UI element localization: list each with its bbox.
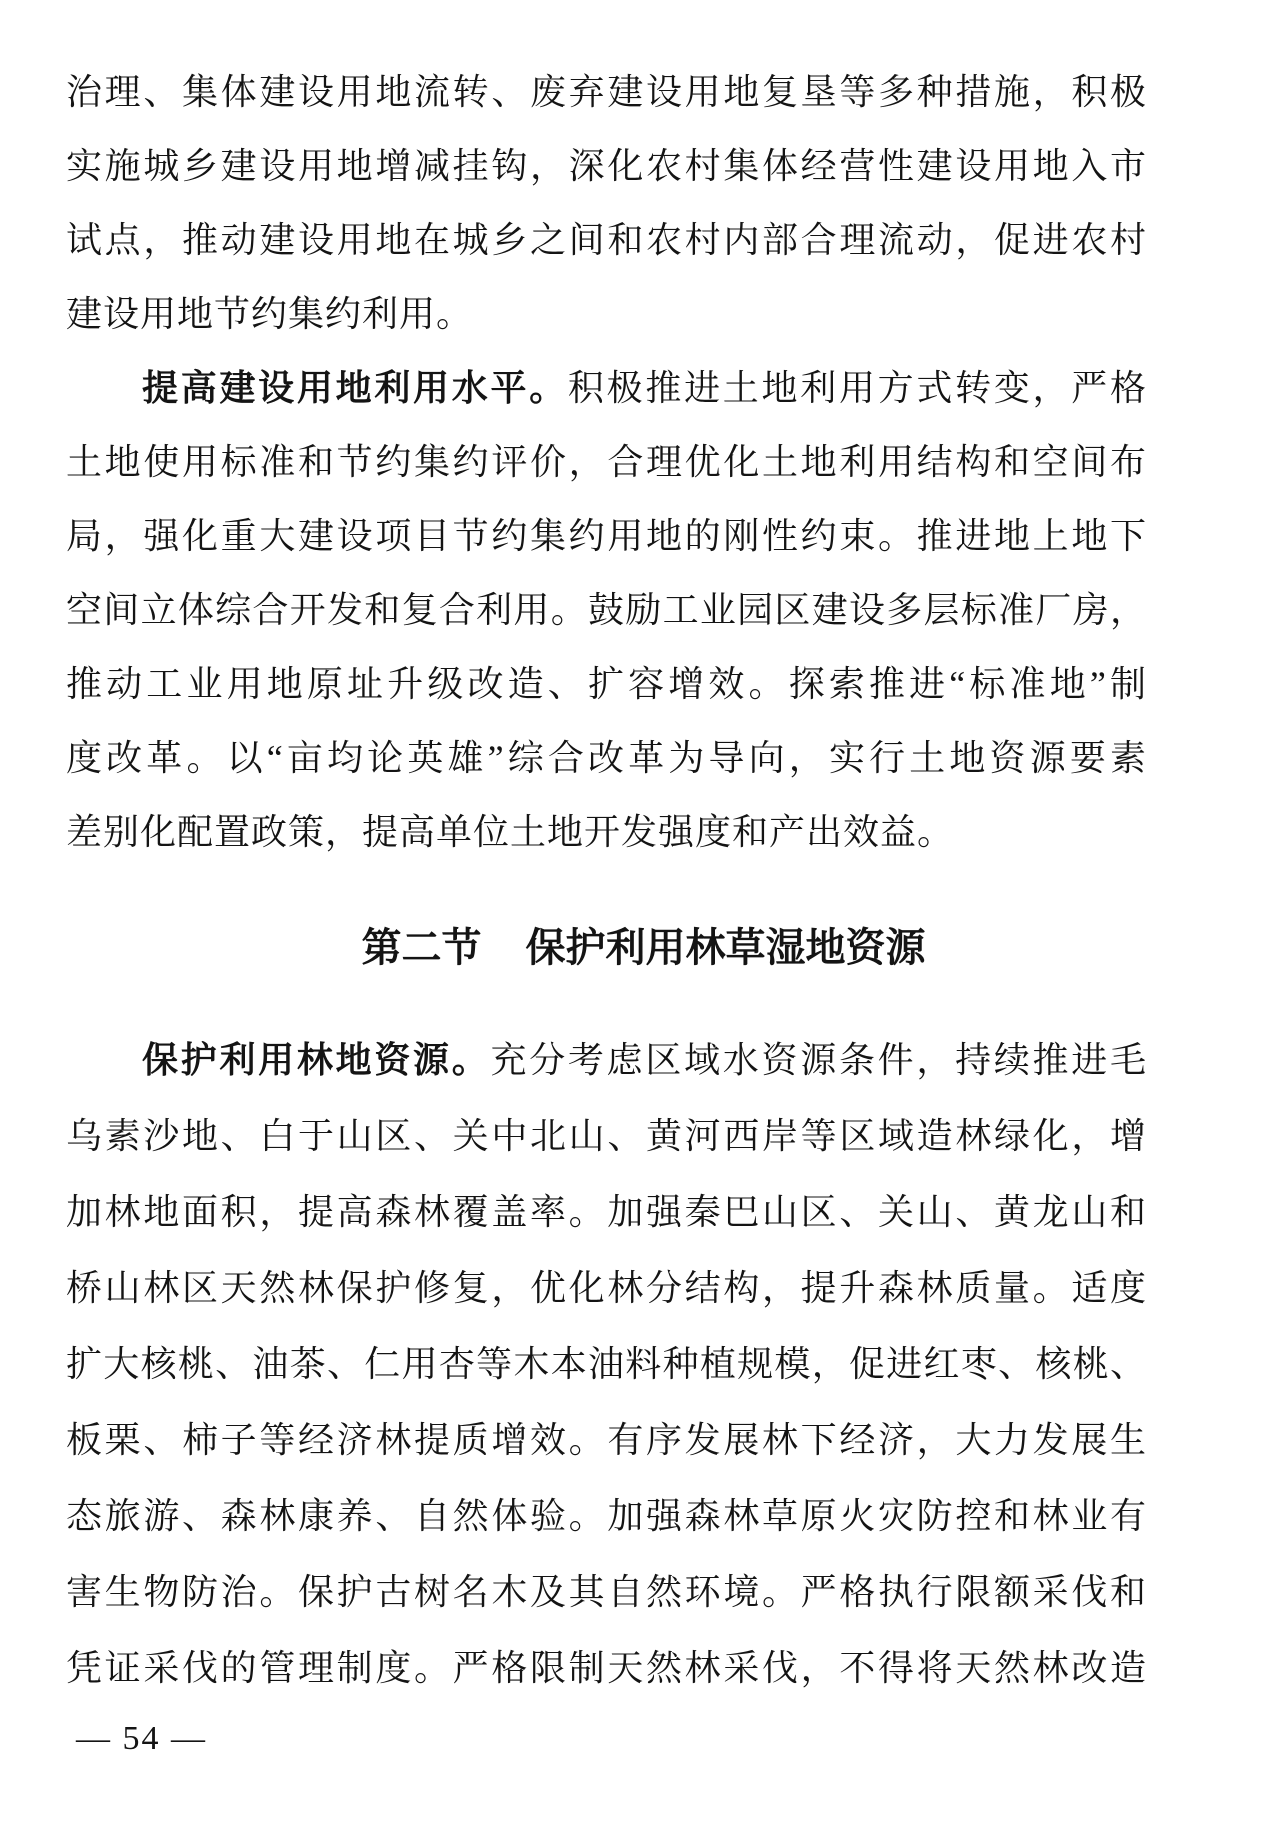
- text-line: 局，强化重大建设项目节约集约用地的刚性约束。推进地上地下: [66, 499, 1147, 573]
- page-number: — 54 —: [76, 1720, 207, 1757]
- text-line: 凭证采伐的管理制度。严格限制天然林采伐，不得将天然林改造: [66, 1630, 1147, 1706]
- text-line: 实施城乡建设用地增减挂钩，深化农村集体经营性建设用地入市: [66, 129, 1147, 203]
- body-text-top: 治理、集体建设用地流转、废弃建设用地复垦等多种措施，积极实施城乡建设用地增减挂钩…: [66, 55, 1147, 869]
- text-line: 推动工业用地原址升级改造、扩容增效。探索推进“标准地”制: [66, 647, 1147, 721]
- bold-lead-in: 保护利用林地资源。: [142, 1040, 490, 1080]
- text-line: 板栗、柿子等经济林提质增效。有序发展林下经济，大力发展生: [66, 1402, 1147, 1478]
- paragraph-land-use-level: 提高建设用地利用水平。积极推进土地利用方式转变，严格土地使用标准和节约集约评价，…: [66, 351, 1147, 869]
- page-footer: — 54 —: [76, 1721, 1147, 1757]
- text-line: 扩大核桃、油茶、仁用杏等木本油料种植规模，促进红枣、核桃、: [66, 1326, 1147, 1402]
- text-line: 空间立体综合开发和复合利用。鼓励工业园区建设多层标准厂房，: [66, 573, 1147, 647]
- text-line: 土地使用标准和节约集约评价，合理优化土地利用结构和空间布: [66, 425, 1147, 499]
- paragraph-forest-resources: 保护利用林地资源。充分考虑区域水资源条件，持续推进毛乌素沙地、白于山区、关中北山…: [66, 1022, 1147, 1706]
- section-title: 保护利用林草湿地资源: [526, 926, 926, 970]
- text-line: 度改革。以“亩均论英雄”综合改革为导向，实行土地资源要素: [66, 721, 1147, 795]
- text-line: 害生物防治。保护古树名木及其自然环境。严格执行限额采伐和: [66, 1554, 1147, 1630]
- text-line: 乌素沙地、白于山区、关中北山、黄河西岸等区域造林绿化，增: [66, 1098, 1147, 1174]
- section-heading: 第二节保护利用林草湿地资源: [103, 909, 1184, 987]
- text-line: 加林地面积，提高森林覆盖率。加强秦巴山区、关山、黄龙山和: [66, 1174, 1147, 1250]
- body-text-bottom: 保护利用林地资源。充分考虑区域水资源条件，持续推进毛乌素沙地、白于山区、关中北山…: [66, 1022, 1147, 1706]
- text-line: 提高建设用地利用水平。积极推进土地利用方式转变，严格: [66, 351, 1147, 425]
- bold-lead-in: 提高建设用地利用水平。: [142, 368, 568, 408]
- document-page: 治理、集体建设用地流转、废弃建设用地复垦等多种措施，积极实施城乡建设用地增减挂钩…: [0, 0, 1280, 1846]
- text-line: 建设用地节约集约利用。: [66, 277, 1147, 351]
- text-line: 桥山林区天然林保护修复，优化林分结构，提升森林质量。适度: [66, 1250, 1147, 1326]
- text-line: 试点，推动建设用地在城乡之间和农村内部合理流动，促进农村: [66, 203, 1147, 277]
- text-line: 态旅游、森林康养、自然体验。加强森林草原火灾防控和林业有: [66, 1478, 1147, 1554]
- section-number: 第二节: [362, 926, 482, 970]
- paragraph-land-transfer: 治理、集体建设用地流转、废弃建设用地复垦等多种措施，积极实施城乡建设用地增减挂钩…: [66, 55, 1147, 351]
- text-line: 差别化配置政策，提高单位土地开发强度和产出效益。: [66, 795, 1147, 869]
- text-line: 保护利用林地资源。充分考虑区域水资源条件，持续推进毛: [66, 1022, 1147, 1098]
- text-line: 治理、集体建设用地流转、废弃建设用地复垦等多种措施，积极: [66, 55, 1147, 129]
